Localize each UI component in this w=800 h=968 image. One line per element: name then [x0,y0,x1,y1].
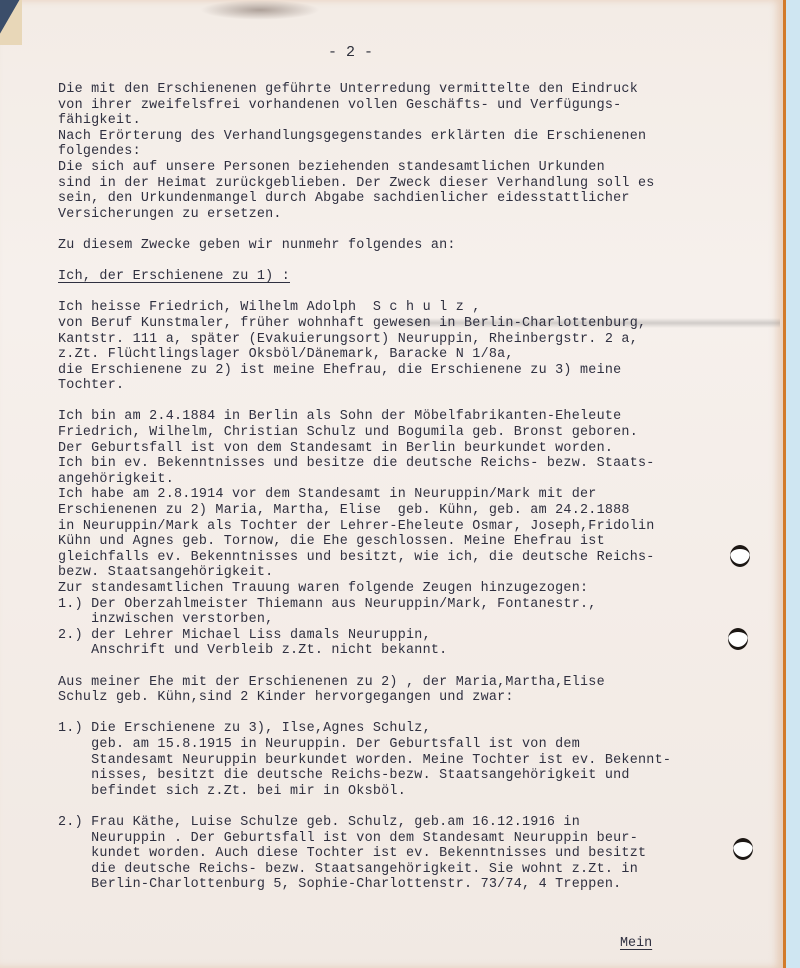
text-line: die Erschienene zu 2) ist meine Ehefrau,… [58,363,778,379]
scan-shadow [200,0,320,20]
text-line: Zur standesamtlichen Trauung waren folge… [58,581,778,597]
text-line: geb. am 15.8.1915 in Neuruppin. Der Gebu… [58,737,778,753]
paragraph: Aus meiner Ehe mit der Erschienenen zu 2… [58,675,778,706]
text-line: inzwischen verstorben, [58,612,778,628]
paragraph-gap [58,799,778,815]
text-line: 2.) der Lehrer Michael Liss damals Neuru… [58,628,778,644]
paragraph: Ich bin am 2.4.1884 in Berlin als Sohn d… [58,409,778,659]
text-line: angehörigkeit. [58,472,778,488]
text-line: Erschienenen zu 2) Maria, Martha, Elise … [58,503,778,519]
paragraph: Die mit den Erschienenen geführte Unterr… [58,82,778,222]
document-page: - 2 - Die mit den Erschienenen geführte … [0,0,786,968]
text-line: bezw. Staatsangehörigkeit. [58,565,778,581]
text-line: Zu diesem Zwecke geben wir nunmehr folge… [58,238,778,254]
text-line: Kühn und Agnes geb. Tornow, die Ehe gesc… [58,534,778,550]
paragraph: Ich heisse Friedrich, Wilhelm Adolph S c… [58,300,778,394]
folded-corner [0,0,22,45]
text-line: z.Zt. Flüchtlingslager Oksböl/Dänemark, … [58,347,778,363]
text-line: Ich bin ev. Bekenntnisses und besitze di… [58,456,778,472]
paragraph-gap [58,659,778,675]
text-line: befindet sich z.Zt. bei mir in Oksböl. [58,784,778,800]
paragraph-gap [58,706,778,722]
text-line: Ich habe am 2.8.1914 vor dem Standesamt … [58,487,778,503]
text-line: fähigkeit. [58,113,778,129]
text-line: Neuruppin . Der Geburtsfall ist von dem … [58,831,778,847]
text-line: Ich bin am 2.4.1884 in Berlin als Sohn d… [58,409,778,425]
text-line: Der Geburtsfall ist von dem Standesamt i… [58,441,778,457]
text-line: 1.) Der Oberzahlmeister Thiemann aus Neu… [58,597,778,613]
text-line: Aus meiner Ehe mit der Erschienenen zu 2… [58,675,778,691]
text-line: 2.) Frau Käthe, Luise Schulze geb. Schul… [58,815,778,831]
paragraph-gap [58,285,778,301]
text-line: 1.) Die Erschienene zu 3), Ilse,Agnes Sc… [58,721,778,737]
text-line: Ich, der Erschienene zu 1) : [58,269,778,285]
text-line: Friedrich, Wilhelm, Christian Schulz und… [58,425,778,441]
text-line: gleichfalls ev. Bekenntnisses und besitz… [58,550,778,566]
paragraph: 1.) Die Erschienene zu 3), Ilse,Agnes Sc… [58,721,778,799]
text-line: sind in der Heimat zurückgeblieben. Der … [58,176,778,192]
page-number: - 2 - [328,44,373,61]
document-body: Die mit den Erschienenen geführte Unterr… [58,82,778,893]
text-line: Nach Erörterung des Verhandlungsgegensta… [58,129,778,145]
text-line: sein, den Urkundenmangel durch Abgabe sa… [58,191,778,207]
continuation-word: Mein [620,936,652,951]
paragraph: 2.) Frau Käthe, Luise Schulze geb. Schul… [58,815,778,893]
text-line: Ich heisse Friedrich, Wilhelm Adolph S c… [58,300,778,316]
text-line: nisses, besitzt die deutsche Reichs-bezw… [58,768,778,784]
paragraph-gap [58,394,778,410]
paragraph-gap [58,222,778,238]
text-line: Tochter. [58,378,778,394]
text-line: Die sich auf unsere Personen beziehenden… [58,160,778,176]
section-heading: Ich, der Erschienene zu 1) : [58,269,778,285]
text-line: Anschrift und Verbleib z.Zt. nicht bekan… [58,643,778,659]
text-line: Berlin-Charlottenburg 5, Sophie-Charlott… [58,877,778,893]
text-line: Standesamt Neuruppin beurkundet worden. … [58,753,778,769]
text-line: kundet worden. Auch diese Tochter ist ev… [58,846,778,862]
text-line: folgendes: [58,144,778,160]
text-line: die deutsche Reichs- bezw. Staatsangehör… [58,862,778,878]
paragraph-gap [58,254,778,270]
text-line: Die mit den Erschienenen geführte Unterr… [58,82,778,98]
text-line: Schulz geb. Kühn,sind 2 Kinder hervorgeg… [58,690,778,706]
text-line: von ihrer zweifelsfrei vorhandenen volle… [58,98,778,114]
text-line: Versicherungen zu ersetzen. [58,207,778,223]
text-line: in Neuruppin/Mark als Tochter der Lehrer… [58,519,778,535]
text-line: Kantstr. 111 a, später (Evakuierungsort)… [58,332,778,348]
text-line: von Beruf Kunstmaler, früher wohnhaft ge… [58,316,778,332]
paragraph: Zu diesem Zwecke geben wir nunmehr folge… [58,238,778,254]
